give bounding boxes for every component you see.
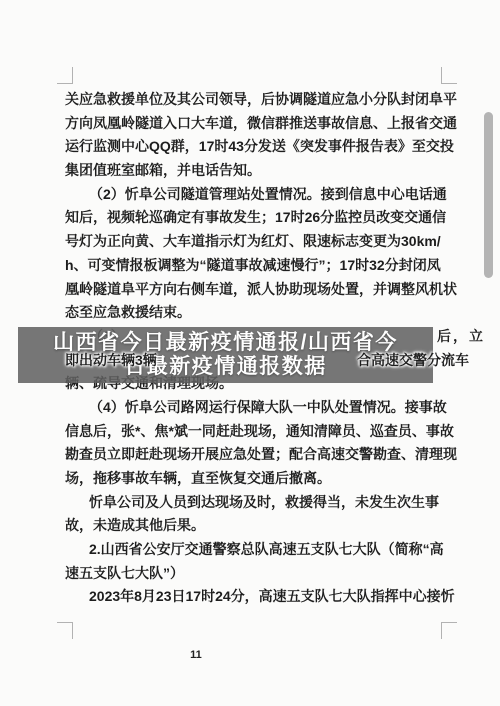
crop-mark-bottom-left xyxy=(57,622,73,639)
document-line: 信息后，张*、焦*斌一同赶赴现场，通知清障员、巡查员、事故 xyxy=(65,420,445,444)
document-line: h、可变情报板调整为“隧道事故减速慢行”；17时32分封闭凤 xyxy=(65,254,445,278)
document-line: 态至应急救援结束。 xyxy=(65,301,445,325)
page-number: 11 xyxy=(182,649,210,661)
document-line: 知后，视频轮巡确定有事故发生；17时26分监控员改变交通信 xyxy=(65,206,445,230)
document-line: 凰岭隧道阜平方向右侧车道，派人协助现场处置，并调整风机状 xyxy=(65,278,445,302)
document-line: （2）忻阜公司隧道管理站处置情况。接到信息中心电话通 xyxy=(65,183,445,207)
document-line: 运行监测中心QQ群，17时43分发送《突发事件报告表》至交投 xyxy=(65,135,445,159)
document-line: 勘查员立即赶赴现场开展应急处置；配合高速交警勘查、清理现 xyxy=(65,443,445,467)
text-fragment: 后，立 xyxy=(437,325,485,349)
document-line: 场，拖移事故车辆，直至恢复交通后撤离。 xyxy=(65,467,445,491)
scrollbar-thumb[interactable] xyxy=(484,112,493,278)
document-line: 方向凤凰岭隧道入口大车道，微信群推送事故信息、上报省交通 xyxy=(65,112,445,136)
document-line: 集团值班室邮箱，并电话告知。 xyxy=(65,159,445,183)
document-line: 2023年8月23日17时24分，高速五支队七大队指挥中心接忻 xyxy=(65,585,445,609)
text-fragment: 即出动车辆3辆 xyxy=(65,352,157,368)
document-page: 关应急救援单位及其公司领导，后协调隧道应急小分队封闭阜平方向凤凰岭隧道入口大车道… xyxy=(0,0,500,706)
crop-mark-top-right xyxy=(441,67,457,84)
document-line: 忻阜公司及人员到达现场及时，救援得当，未发生次生事 xyxy=(65,491,445,515)
crop-mark-bottom-right xyxy=(441,622,457,639)
text-fragment: 合高速交警分流车 xyxy=(357,349,469,373)
document-line: （4）忻阜公司路网运行保障大队一中队处置情况。接事故 xyxy=(65,396,445,420)
document-line: 号灯为正向黄、大车道指示灯为红灯、限速标志变更为30km/ xyxy=(65,230,445,254)
document-line: 速五支队七大队”） xyxy=(65,562,445,586)
crop-mark-top-left xyxy=(57,67,73,84)
document-line: 2.山西省公安厅交通警察总队高速五支队七大队（简称“高 xyxy=(65,538,445,562)
document-line: 故，未造成其他后果。 xyxy=(65,514,445,538)
document-line: 关应急救援单位及其公司领导，后协调隧道应急小分队封闭阜平 xyxy=(65,88,445,112)
